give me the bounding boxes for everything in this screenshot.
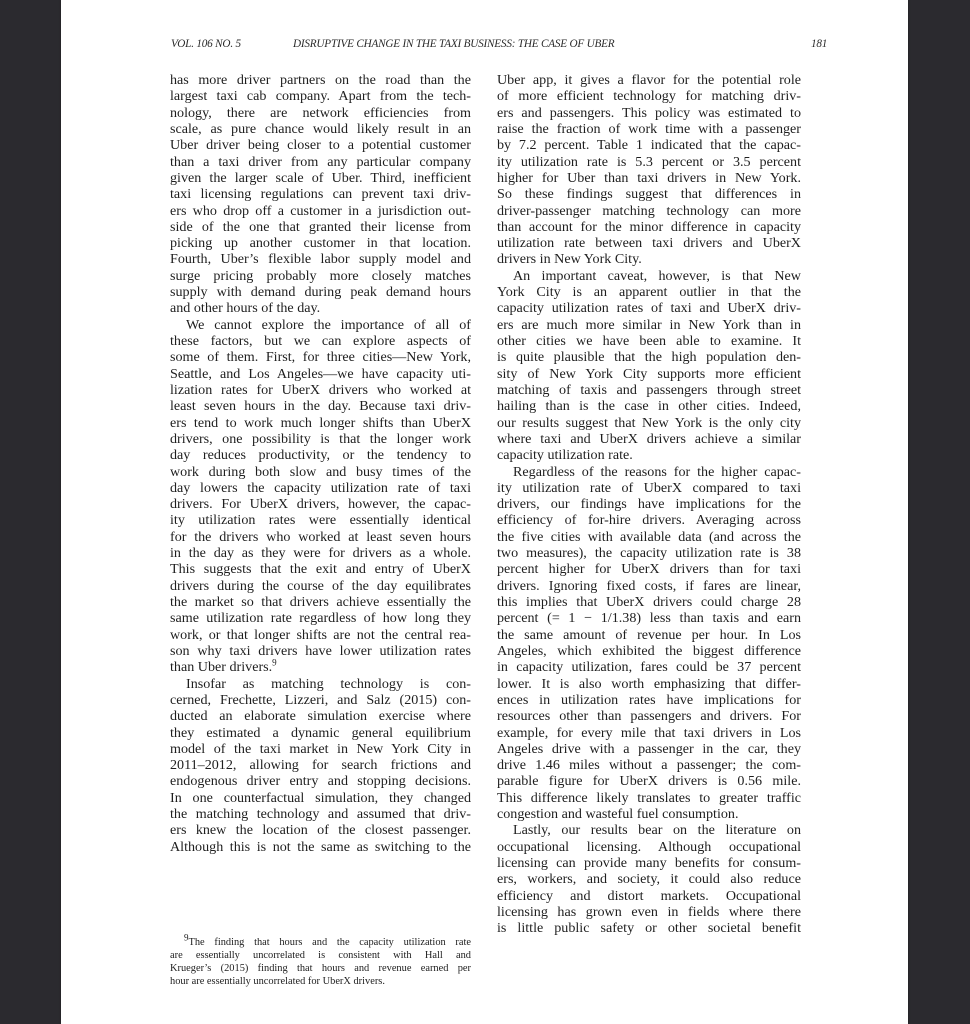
text-line: efficiency and distort markets. Occupati… [497, 888, 801, 904]
text-line: some of them. First, for three cities—Ne… [170, 349, 471, 365]
text-line: Regardless of the reasons for the higher… [497, 464, 801, 480]
text-line: and other hours of the day. [170, 300, 471, 316]
text-line: where taxi and UberX drivers achieve a s… [497, 431, 801, 447]
text-line: Angeles drive with a passenger in the ca… [497, 741, 801, 757]
text-line: drivers during the course of the day equ… [170, 578, 471, 594]
text-line: side of the one that granted their licen… [170, 219, 471, 235]
text-line: example, for every mile that taxi driver… [497, 725, 801, 741]
text-line: for the drivers who worked at least seve… [170, 529, 471, 545]
text-line: day lowers the capacity utilization rate… [170, 480, 471, 496]
text-line: ity utilization rate is 5.3 percent or 3… [497, 154, 801, 170]
text-line: Although this is not the same as switchi… [170, 839, 471, 855]
footnote-line: 9The finding that hours and the capacity… [170, 936, 471, 949]
text-line: percent higher for UberX drivers than fo… [497, 561, 801, 577]
text-line: nology, there are network efficiencies f… [170, 105, 471, 121]
text-line: drivers, our findings have implications … [497, 496, 801, 512]
text-line: York City is an apparent outlier in that… [497, 284, 801, 300]
text-line: is little public safety or other societa… [497, 920, 801, 936]
text-line: least seven hours in the day. Because ta… [170, 398, 471, 414]
text-line: congestion and wasteful fuel consumption… [497, 806, 801, 822]
text-line: the same amount of revenue per hour. In … [497, 627, 801, 643]
text-line: the five cities with available data (and… [497, 529, 801, 545]
text-line: than Uber drivers.9 [170, 659, 471, 675]
text-line: ity utilization rates were essentially i… [170, 512, 471, 528]
text-line: the matching technology and assumed that… [170, 806, 471, 822]
text-line: We cannot explore the importance of all … [170, 317, 471, 333]
text-line: ers knew the location of the closest pas… [170, 822, 471, 838]
text-line: taxi licensing regulations can prevent t… [170, 186, 471, 202]
text-line: Uber driver being closer to a potential … [170, 137, 471, 153]
text-line: driver-passenger matching technology can… [497, 203, 801, 219]
text-line: two measures), the capacity utilization … [497, 545, 801, 561]
text-line: in the day as they were for drivers as a… [170, 545, 471, 561]
text-line: this implies that UberX drivers could ch… [497, 594, 801, 610]
text-line: than a taxi driver from any particular c… [170, 154, 471, 170]
running-head: VOL. 106 NO. 5 DISRUPTIVE CHANGE IN THE … [61, 38, 908, 54]
document-page: VOL. 106 NO. 5 DISRUPTIVE CHANGE IN THE … [61, 0, 908, 1024]
text-line: An important caveat, however, is that Ne… [497, 268, 801, 284]
text-line: Lastly, our results bear on the literatu… [497, 822, 801, 838]
text-line: same utilization rate regardless of how … [170, 610, 471, 626]
text-line: sity of New York City supports more effi… [497, 366, 801, 382]
text-line: drive 1.46 miles without a passenger; th… [497, 757, 801, 773]
footnote-number: 9 [184, 933, 189, 943]
text-line: cerned, Frechette, Lizzeri, and Salz (20… [170, 692, 471, 708]
text-line: percent (= 1 − 1/1.38) less than taxis a… [497, 610, 801, 626]
text-line: Uber app, it gives a flavor for the pote… [497, 72, 801, 88]
text-line: scale, as pure chance would likely resul… [170, 121, 471, 137]
text-line: work, or that longer shifts are not the … [170, 627, 471, 643]
text-line: lization rates for UberX drivers who wor… [170, 382, 471, 398]
text-line: than account for the minor difference in… [497, 219, 801, 235]
text-line: Insofar as matching technology is con- [170, 676, 471, 692]
text-line: ducted an elaborate simulation exercise … [170, 708, 471, 724]
text-line: drivers in New York City. [497, 251, 801, 267]
page-number: 181 [811, 38, 827, 50]
text-line: our results suggest that New York is the… [497, 415, 801, 431]
text-line: ers tend to work much longer shifts than… [170, 415, 471, 431]
text-line: in capacity utilization, fares could be … [497, 659, 801, 675]
footnote-9: 9The finding that hours and the capacity… [170, 936, 471, 988]
text-line: Angeles, which exhibited the biggest dif… [497, 643, 801, 659]
text-line: capacity utilization rate. [497, 447, 801, 463]
text-line: lower. It is also worth emphasizing that… [497, 676, 801, 692]
text-line: capacity utilization rates of taxi and U… [497, 300, 801, 316]
text-line: raise the fraction of work time with a p… [497, 121, 801, 137]
text-line: 2011–2012, allowing for search frictions… [170, 757, 471, 773]
text-line: drivers. For UberX drivers, however, the… [170, 496, 471, 512]
text-line: has more driver partners on the road tha… [170, 72, 471, 88]
text-line: picking up another customer in that loca… [170, 235, 471, 251]
text-line: efficiency of for-hire drivers. Averagin… [497, 512, 801, 528]
text-line: ers are much more similar in New York th… [497, 317, 801, 333]
text-line: resources other than passengers and driv… [497, 708, 801, 724]
text-line: licensing has grown even in fields where… [497, 904, 801, 920]
text-line: the market so that drivers achieve essen… [170, 594, 471, 610]
article-running-title: DISRUPTIVE CHANGE IN THE TAXI BUSINESS: … [293, 38, 614, 50]
text-line: This suggests that the exit and entry of… [170, 561, 471, 577]
text-line: occupational licensing. Although occupat… [497, 839, 801, 855]
viewer-background-right [908, 0, 970, 1024]
text-line: of more efficient technology for matchin… [497, 88, 801, 104]
text-line: So these findings suggest that differenc… [497, 186, 801, 202]
text-line: In one counterfactual simulation, they c… [170, 790, 471, 806]
text-line: parable figure for UberX drivers is 0.56… [497, 773, 801, 789]
viewer-background-left [0, 0, 60, 1024]
text-line: work during both slow and busy times of … [170, 464, 471, 480]
footnote-line: hour are essentially uncorrelated for Ub… [170, 975, 471, 988]
text-line: model of the taxi market in New York Cit… [170, 741, 471, 757]
right-text-column: Uber app, it gives a flavor for the pote… [497, 72, 801, 937]
text-line: son why taxi drivers have lower utilizat… [170, 643, 471, 659]
text-line: other cities we have been able to examin… [497, 333, 801, 349]
text-line: ers who drop off a customer in a jurisdi… [170, 203, 471, 219]
text-line: ers and passengers. This policy was esti… [497, 105, 801, 121]
text-line: higher for Uber than taxi drivers in New… [497, 170, 801, 186]
text-line: Seattle, and Los Angeles—we have capacit… [170, 366, 471, 382]
text-line: they estimated a dynamic general equilib… [170, 725, 471, 741]
text-line: these factors, but we can explore aspect… [170, 333, 471, 349]
text-line: This difference likely translates to gre… [497, 790, 801, 806]
text-line: ity utilization rate of UberX compared t… [497, 480, 801, 496]
footnote-line: Krueger’s (2015) finding that hours and … [170, 962, 471, 975]
text-line: by 7.2 percent. Table 1 indicated that t… [497, 137, 801, 153]
text-line: given the larger scale of Uber. Third, i… [170, 170, 471, 186]
text-line: largest taxi cab company. Apart from the… [170, 88, 471, 104]
text-line: supply with demand during peak demand ho… [170, 284, 471, 300]
text-line: drivers. Ignoring fixed costs, if fares … [497, 578, 801, 594]
text-line: is quite plausible that the high populat… [497, 349, 801, 365]
text-line: day reduces productivity, or the tendenc… [170, 447, 471, 463]
text-line: drivers, one possibility is that the lon… [170, 431, 471, 447]
journal-volume: VOL. 106 NO. 5 [171, 38, 241, 50]
text-line: ences in utilization rates have implicat… [497, 692, 801, 708]
left-text-column: has more driver partners on the road tha… [170, 72, 471, 855]
text-line: hailing than is the case in other cities… [497, 398, 801, 414]
text-line: licensing can provide many benefits for … [497, 855, 801, 871]
footnote-reference[interactable]: 9 [272, 658, 277, 668]
text-line: surge pricing probably more closely matc… [170, 268, 471, 284]
text-line: utilization rate between taxi drivers an… [497, 235, 801, 251]
footnote-line: are essentially uncorrelated is consiste… [170, 949, 471, 962]
text-line: matching of taxis and passengers through… [497, 382, 801, 398]
text-line: Fourth, Uber’s flexible labor supply mod… [170, 251, 471, 267]
text-line: endogenous driver entry and stopping dec… [170, 773, 471, 789]
text-line: ers, workers, and society, it could also… [497, 871, 801, 887]
